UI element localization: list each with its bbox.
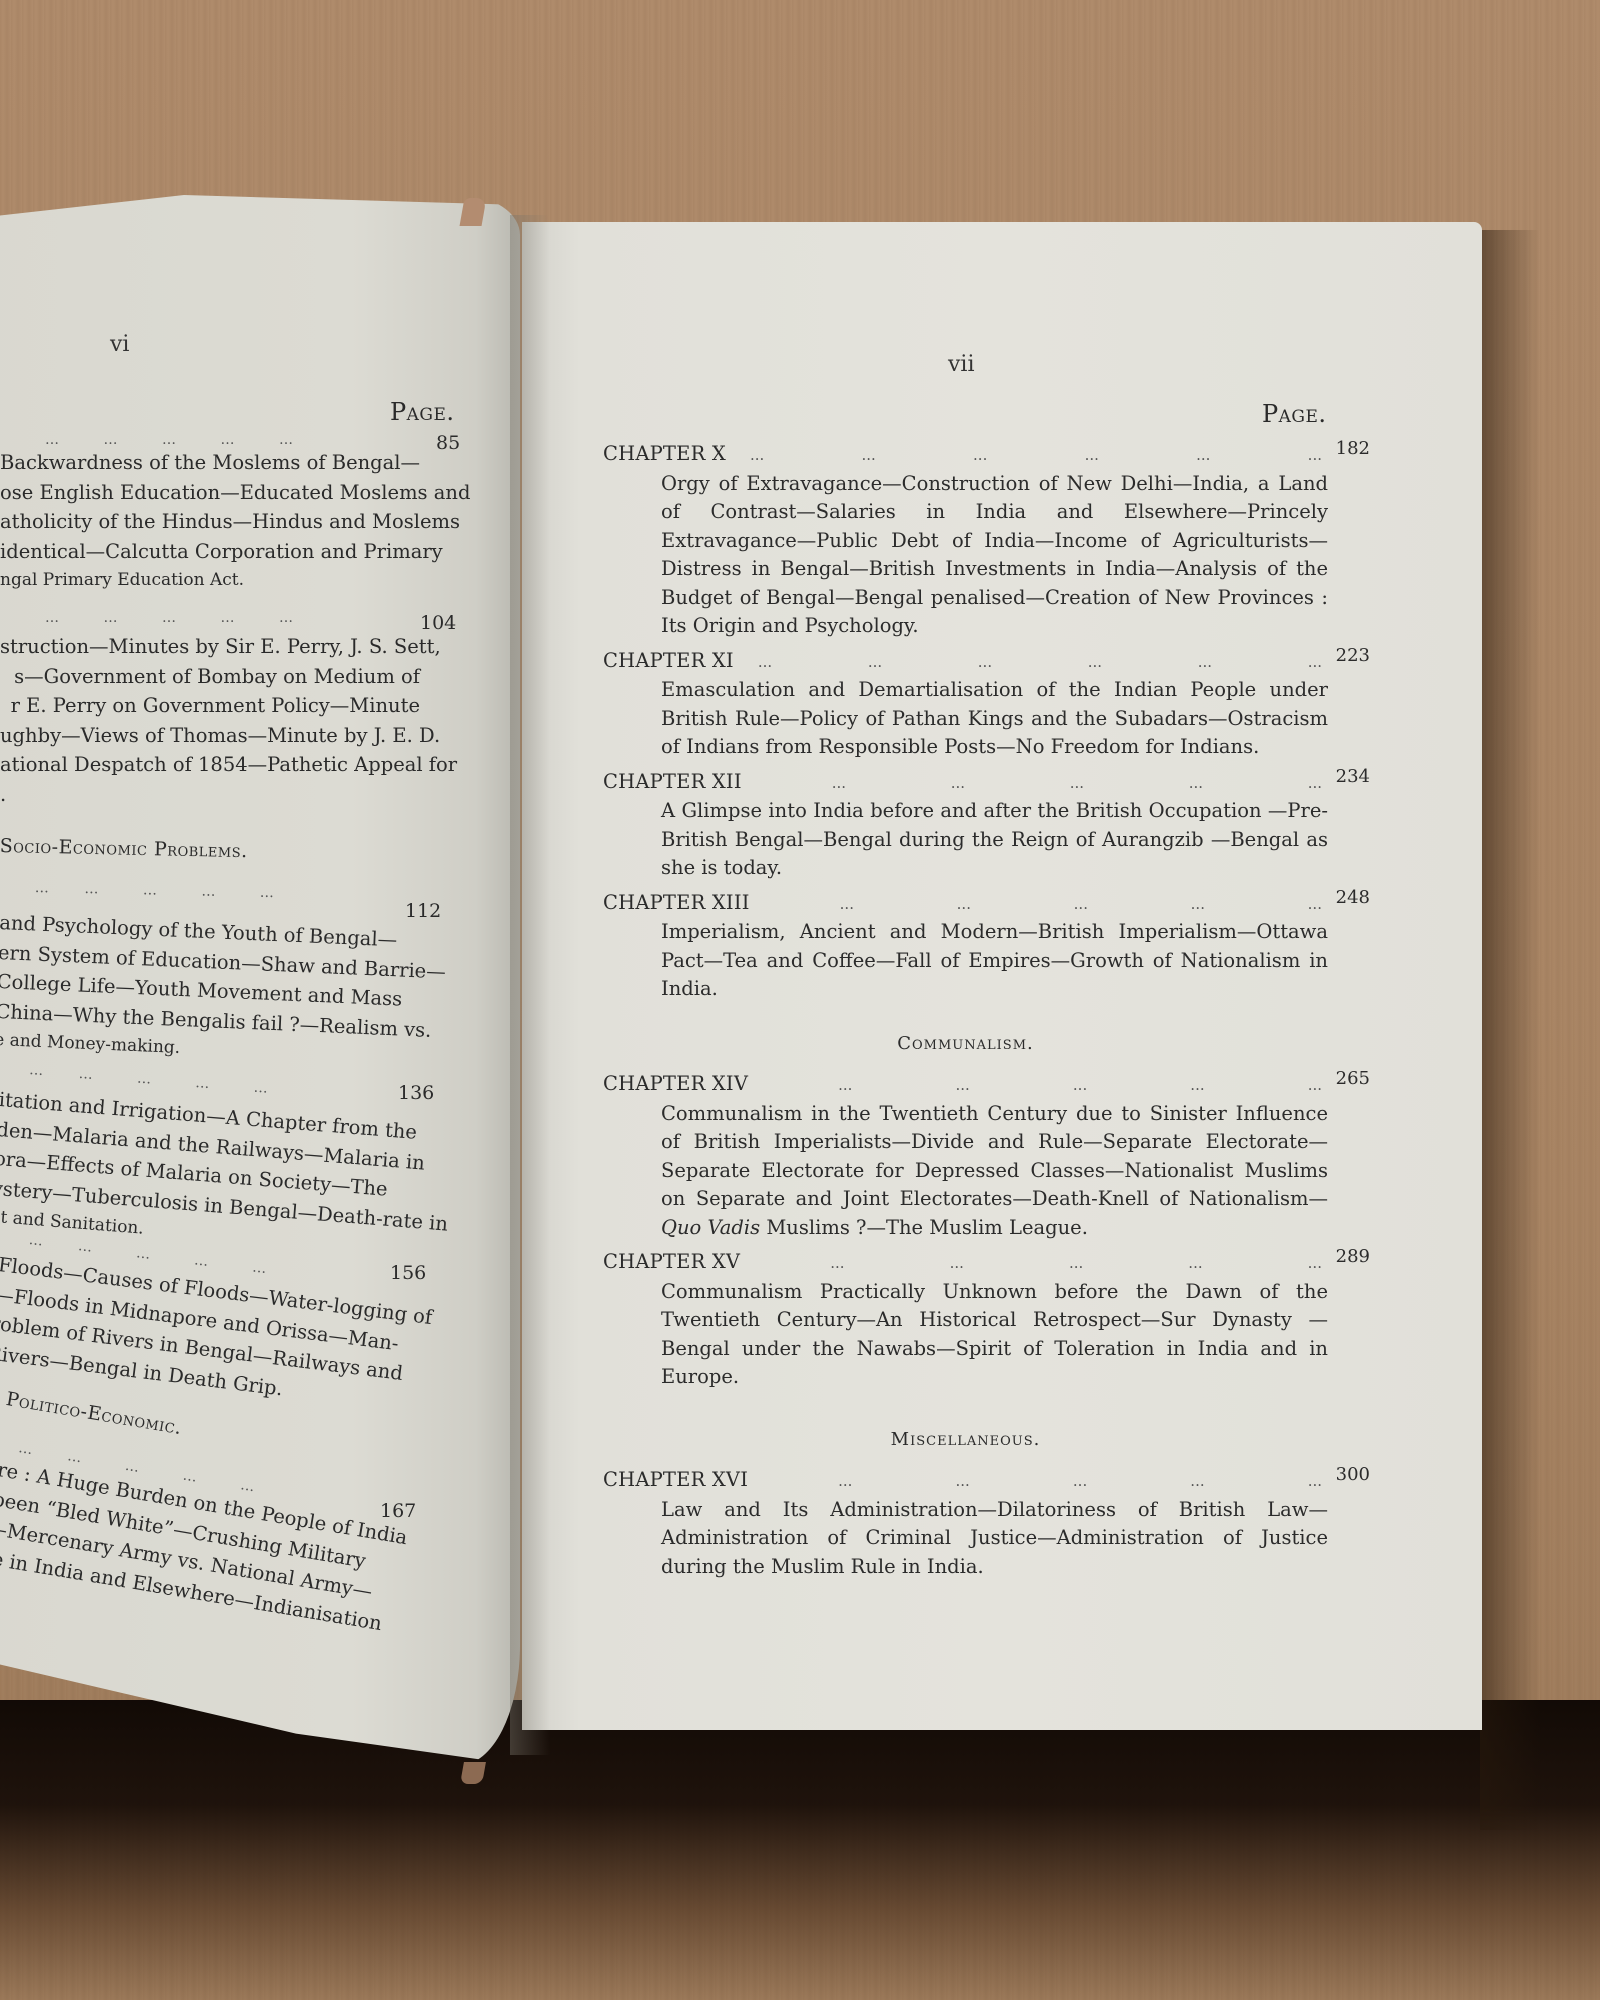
leader-dots: ...............	[740, 1249, 1330, 1278]
line: atholicity of the Hindus—Hindus and Mosl…	[0, 507, 420, 537]
right-folio: vii	[948, 352, 975, 377]
toc-entry: CHAPTER XI .................. 223 Emascu…	[603, 647, 1328, 762]
table-of-contents: CHAPTER X .................. 182 Orgy of…	[603, 440, 1328, 1587]
toc-entry: CHAPTER XV ............... 289 Communali…	[603, 1248, 1328, 1392]
chapter-label: CHAPTER XI	[603, 647, 734, 676]
chapter-page-number: 182	[1330, 435, 1370, 464]
right-page-header-text: Page.	[1262, 400, 1327, 428]
leader-dots: ...............	[742, 769, 1330, 798]
chapter-label: CHAPTER XIII	[603, 889, 750, 918]
left-folio: vi	[110, 332, 129, 357]
leader-dots: … … … … …	[45, 432, 293, 448]
chapter-description: Communalism in the Twentieth Century due…	[603, 1100, 1328, 1243]
desc-italic: Quo Vadis	[661, 1216, 760, 1239]
chapter-description: Orgy of Extravagance—Construction of New…	[603, 470, 1328, 641]
left-page-number: 167	[380, 1500, 416, 1522]
chapter-line: CHAPTER XI .................. 223	[603, 647, 1328, 677]
chapter-line: CHAPTER XIII ............... 248	[603, 889, 1328, 919]
desc-text: Communalism in the Twentieth Century due…	[661, 1102, 1328, 1211]
chapter-line: CHAPTER XIV ............... 265	[603, 1070, 1328, 1100]
line: s—Government of Bombay on Medium of	[0, 662, 420, 692]
leader-dots: ...............	[748, 1071, 1330, 1100]
gutter-shadow	[510, 215, 550, 1755]
line: identical—Calcutta Corporation and Prima…	[0, 537, 420, 567]
right-page-header: Page.	[1262, 400, 1327, 428]
leader-dots: ...............	[748, 1467, 1330, 1496]
chapter-page-number: 223	[1330, 642, 1370, 671]
leader-dots: ...............	[750, 890, 1330, 919]
leader-dots: ..................	[734, 648, 1330, 677]
leader-dots: ..................	[726, 441, 1330, 470]
left-page-number: 156	[390, 1262, 426, 1284]
toc-entry: CHAPTER XII ............... 234 A Glimps…	[603, 768, 1328, 883]
left-entry-desc: and Psychology of the Youth of Bengal— e…	[0, 908, 390, 1072]
chapter-page-number: 265	[1330, 1065, 1370, 1094]
chapter-label: CHAPTER XV	[603, 1248, 740, 1277]
line: ughby—Views of Thomas—Minute by J. E. D.	[0, 721, 420, 751]
chapter-page-number: 234	[1330, 763, 1370, 792]
left-page-header-text: Page.	[390, 398, 455, 426]
left-page-number: 112	[405, 900, 441, 922]
line: ngal Primary Education Act.	[0, 566, 420, 596]
chapter-label: CHAPTER X	[603, 440, 726, 469]
left-page-number: 85	[436, 432, 460, 454]
table-shadow	[0, 1700, 1600, 2000]
section-heading-miscellaneous: Miscellaneous.	[603, 1426, 1328, 1455]
toc-entry: CHAPTER XIII ............... 248 Imperia…	[603, 889, 1328, 1004]
chapter-description: A Glimpse into India before and after th…	[603, 797, 1328, 883]
chapter-line: CHAPTER XV ............... 289	[603, 1248, 1328, 1278]
chapter-line: CHAPTER X .................. 182	[603, 440, 1328, 470]
chapter-line: CHAPTER XII ............... 234	[603, 768, 1328, 798]
chapter-label: CHAPTER XII	[603, 768, 742, 797]
left-page-number: 136	[398, 1082, 434, 1104]
chapter-description: Imperialism, Ancient and Modern—British …	[603, 918, 1328, 1004]
toc-entry: CHAPTER XVI ............... 300 Law and …	[603, 1466, 1328, 1581]
toc-entry: CHAPTER XIV ............... 265 Communal…	[603, 1070, 1328, 1242]
toc-entry: CHAPTER X .................. 182 Orgy of…	[603, 440, 1328, 641]
chapter-description: Emasculation and Demartialisation of the…	[603, 676, 1328, 762]
chapter-description: Communalism Practically Unknown before t…	[603, 1278, 1328, 1392]
chapter-label: CHAPTER XIV	[603, 1070, 748, 1099]
line: Backwardness of the Moslems of Bengal—	[0, 448, 420, 478]
chapter-description: Law and Its Administration—Dilatoriness …	[603, 1496, 1328, 1582]
line: .	[0, 780, 420, 810]
leader-dots: … … … … …	[45, 610, 293, 626]
desc-text: Muslims ?—The Muslim League.	[760, 1216, 1088, 1239]
chapter-line: CHAPTER XVI ............... 300	[603, 1466, 1328, 1496]
chapter-label: CHAPTER XVI	[603, 1466, 748, 1495]
left-entry-desc: Backwardness of the Moslems of Bengal— o…	[0, 448, 420, 596]
line: ose English Education—Educated Moslems a…	[0, 478, 420, 508]
chapter-page-number: 300	[1330, 1461, 1370, 1490]
book-edge-shadow	[1480, 230, 1540, 1830]
line: ational Despatch of 1854—Pathetic Appeal…	[0, 750, 420, 780]
section-heading-communalism: Communalism.	[603, 1030, 1328, 1059]
line: struction—Minutes by Sir E. Perry, J. S.…	[0, 632, 420, 662]
chapter-page-number: 248	[1330, 884, 1370, 913]
left-entry-desc: struction—Minutes by Sir E. Perry, J. S.…	[0, 632, 420, 809]
line: r E. Perry on Government Policy—Minute	[0, 691, 420, 721]
chapter-page-number: 289	[1330, 1243, 1370, 1272]
left-page-header: Page.	[390, 398, 455, 426]
left-page-number: 104	[420, 612, 456, 634]
